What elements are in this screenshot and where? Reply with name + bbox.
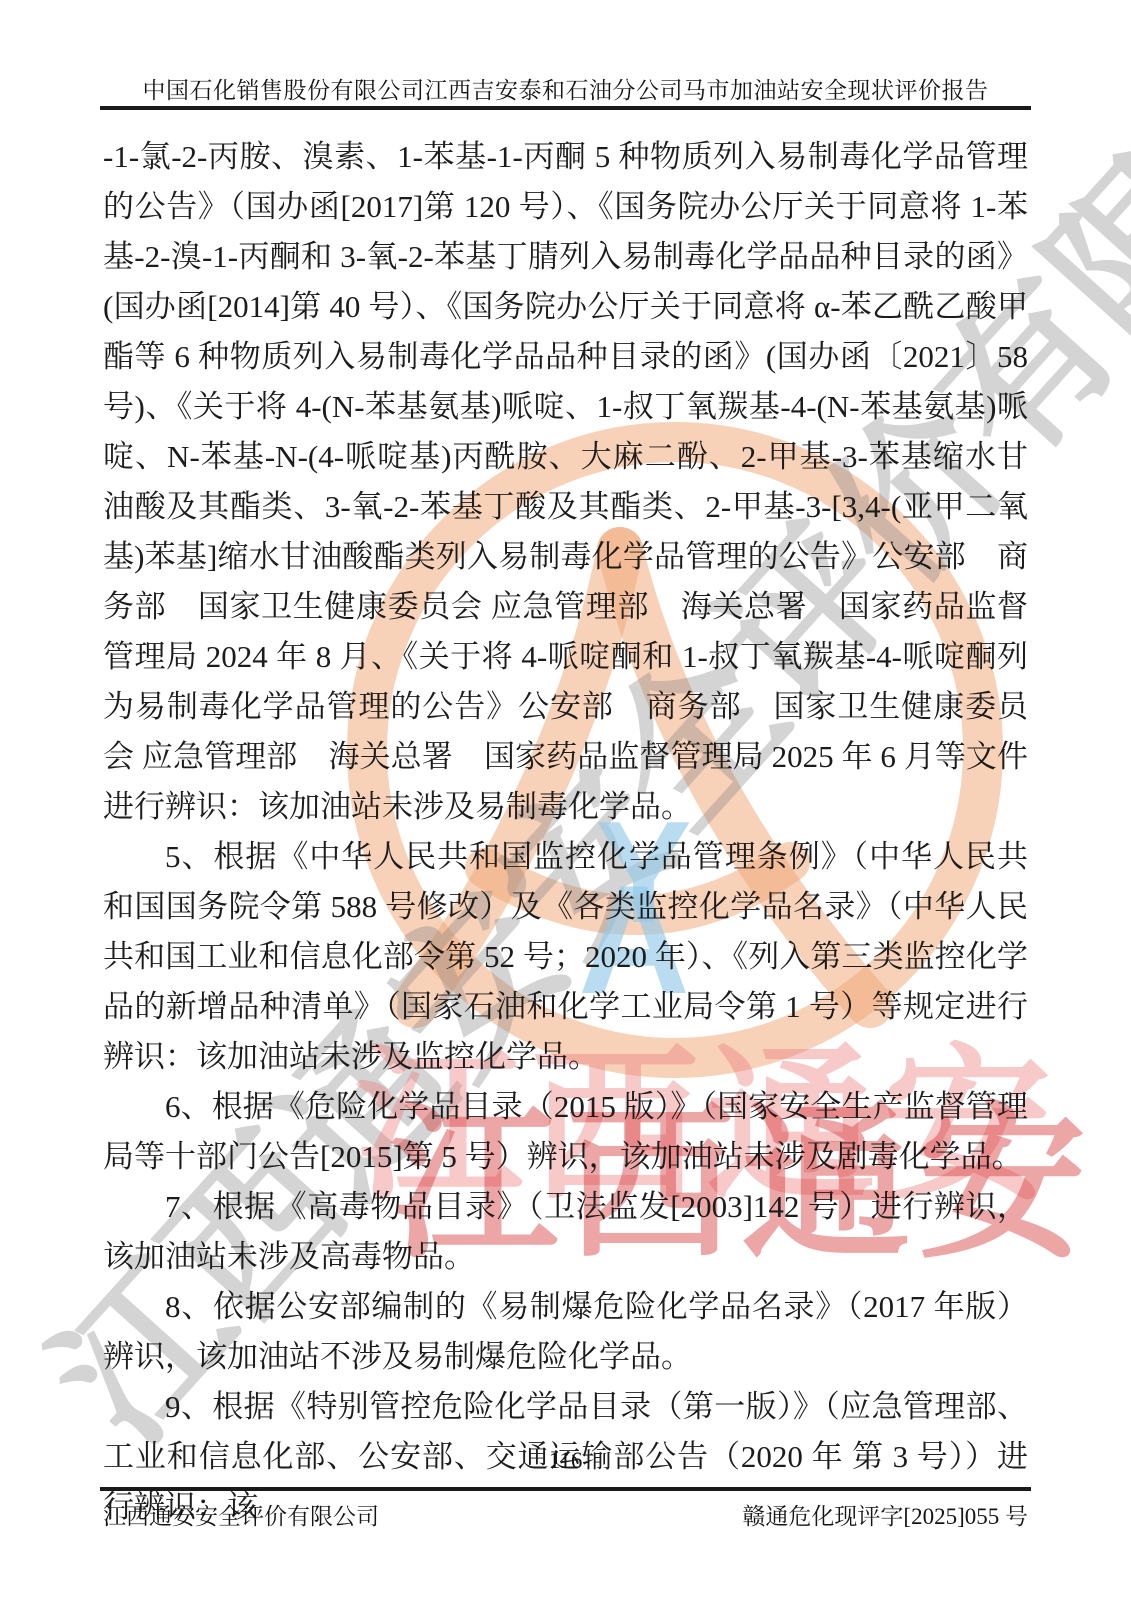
body-paragraph: 5、根据《中华人民共和国监控化学品管理条例》（中华人民共和国国务院令第 588 … [103,832,1028,1082]
report-page: 江西通安安全评价有限公司 Y A 江西通安 江西通安 中国石化销售股份有限公司江… [0,0,1131,1600]
footer-rule [100,1487,1031,1491]
body-paragraph: -1-氯-2-丙胺、溴素、1-苯基-1-丙酮 5 种物质列入易制毒化学品管理的公… [103,132,1028,832]
body-paragraph: 8、依据公安部编制的《易制爆危险化学品名录》（2017 年版）辨识，该加油站不涉… [103,1282,1028,1382]
header-rule [100,106,1031,110]
page-header-title: 中国石化销售股份有限公司江西吉安泰和石油分公司马市加油站安全现状评价报告 [0,72,1131,105]
body-paragraph: 7、根据《高毒物品目录》（卫法监发[2003]142 号）进行辨识，该加油站未涉… [103,1182,1028,1282]
body-paragraph: 6、根据《危险化学品目录（2015 版）》（国家安全生产监督管理局等十部门公告[… [103,1082,1028,1182]
page-number: 116 [0,1448,1131,1474]
footer-company: 江西通安安全评价有限公司 [103,1498,379,1531]
footer-doc-number: 赣通危化现评字[2025]055 号 [742,1498,1028,1531]
document-body: -1-氯-2-丙胺、溴素、1-苯基-1-丙酮 5 种物质列入易制毒化学品管理的公… [103,132,1028,1532]
